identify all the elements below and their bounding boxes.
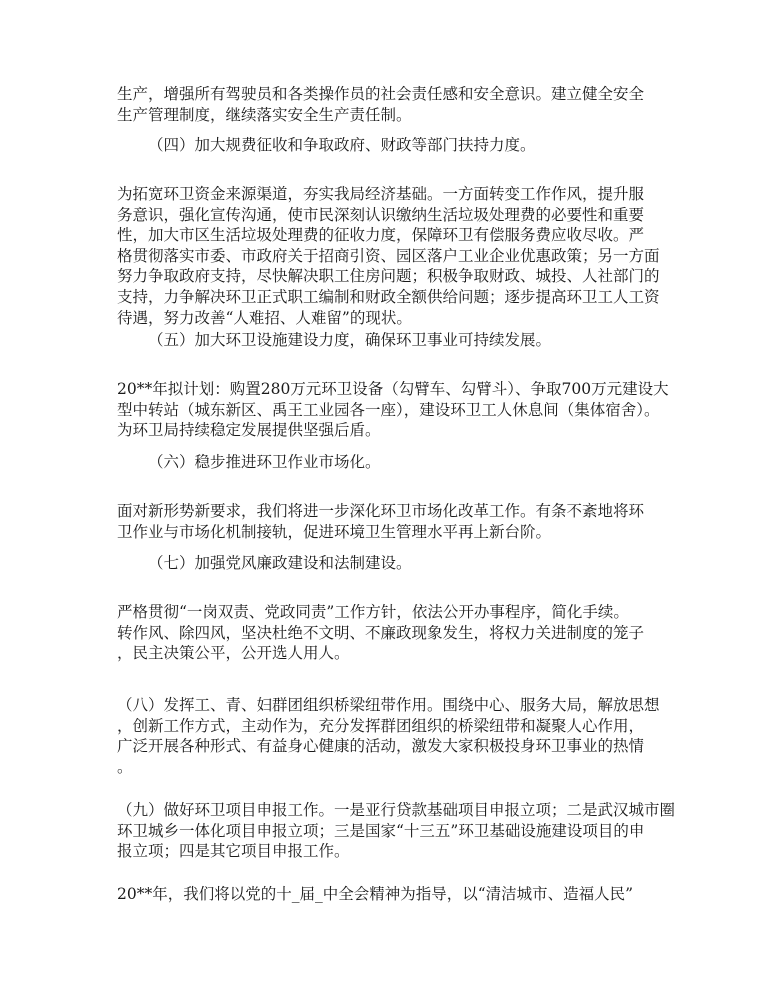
text-line: ，民主决策公平，公开选人用人。 <box>117 643 647 664</box>
text-line: 面对新形势新要求，我们将进一步深化环卫市场化改革工作。有条不紊地将环 <box>117 501 647 522</box>
paragraph-section-8: （八）发挥工、青、妇群团组织桥梁纽带作用。围绕中心、服务大局，解放思想 ，创新工… <box>117 695 647 777</box>
text-line: ，创新工作方式，主动作为，充分发挥群团组织的桥梁纽带和凝聚人心作用， <box>117 716 647 737</box>
section-heading-6: （六）稳步推进环卫作业市场化。 <box>117 452 678 473</box>
section-heading-5: （五）加大环卫设施建设力度，确保环卫事业可持续发展。 <box>117 330 678 351</box>
paragraph-funding: 为拓宽环卫资金来源渠道，夯实我局经济基础。一方面转变工作作风，提升服 务意识，强… <box>117 184 647 328</box>
text-line: 生产管理制度，继续落实安全生产责任制。 <box>117 105 647 126</box>
text-line: 生产，增强所有驾驶员和各类操作员的社会责任感和安全意识。建立健全安全 <box>117 84 647 105</box>
text-line: 为环卫局持续稳定发展提供坚强后盾。 <box>117 420 647 441</box>
text-line: 待遇，努力改善“人难招、人难留”的现状。 <box>117 308 647 329</box>
heading-text: （四）加大规费征收和争取政府、财政等部门扶持力度。 <box>148 135 678 156</box>
text-line: 格贯彻落实市委、市政府关于招商引资、园区落户工业企业优惠政策；另一方面 <box>117 246 647 267</box>
text-line: 严格贯彻“一岗双责、党政同责”工作方针，依法公开办事程序，简化手续。 <box>117 602 647 623</box>
text-line: 型中转站（城东新区、禹王工业园各一座），建设环卫工人休息间（集体宿舍）。 <box>117 400 647 421</box>
paragraph-marketization: 面对新形势新要求，我们将进一步深化环卫市场化改革工作。有条不紊地将环 卫作业与市… <box>117 501 647 542</box>
section-heading-7: （七）加强党风廉政建设和法制建设。 <box>117 553 678 574</box>
text-line: 性，加大市区生活垃圾处理费的征收力度，保障环卫有偿服务费应收尽收。严 <box>117 225 647 246</box>
heading-text: （五）加大环卫设施建设力度，确保环卫事业可持续发展。 <box>148 330 678 351</box>
section-heading-4: （四）加大规费征收和争取政府、财政等部门扶持力度。 <box>117 135 678 156</box>
paragraph-section-9: （九）做好环卫项目申报工作。一是亚行贷款基础项目申报立项；二是武汉城市圈 环卫城… <box>117 800 647 862</box>
paragraph-integrity: 严格贯彻“一岗双责、党政同责”工作方针，依法公开办事程序，简化手续。 转作风、除… <box>117 602 647 664</box>
text-line: （八）发挥工、青、妇群团组织桥梁纽带作用。围绕中心、服务大局，解放思想 <box>117 695 647 716</box>
text-line: 为拓宽环卫资金来源渠道，夯实我局经济基础。一方面转变工作作风，提升服 <box>117 184 647 205</box>
text-line: 20**年拟计划：购置280万元环卫设备（勾臂车、勾臂斗）、争取700万元建设大 <box>117 379 647 400</box>
text-line: 广泛开展各种形式、有益身心健康的活动，激发大家积极投身环卫事业的热情 <box>117 736 647 757</box>
heading-text: （六）稳步推进环卫作业市场化。 <box>148 452 678 473</box>
text-line: （九）做好环卫项目申报工作。一是亚行贷款基础项目申报立项；二是武汉城市圈 <box>117 800 647 821</box>
text-line: 努力争取政府支持，尽快解决职工住房问题；积极争取财政、城投、人社部门的 <box>117 266 647 287</box>
text-line: 。 <box>117 757 647 778</box>
text-line: 20**年，我们将以党的十_届_中全会精神为指导，以“清洁城市、造福人民” <box>117 884 647 905</box>
text-line: 环卫城乡一体化项目申报立项；三是国家“十三五”环卫基础设施建设项目的申 <box>117 821 647 842</box>
text-line: 支持，力争解决环卫正式职工编制和财政全额供给问题；逐步提高环卫工人工资 <box>117 287 647 308</box>
text-line: 务意识，强化宣传沟通，使市民深刻认识缴纳生活垃圾处理费的必要性和重要 <box>117 205 647 226</box>
text-line: 报立项；四是其它项目申报工作。 <box>117 841 647 862</box>
paragraph-facility-plan: 20**年拟计划：购置280万元环卫设备（勾臂车、勾臂斗）、争取700万元建设大… <box>117 379 647 441</box>
heading-text: （七）加强党风廉政建设和法制建设。 <box>148 553 678 574</box>
text-line: 转作风、除四风，坚决杜绝不文明、不廉政现象发生，将权力关进制度的笼子 <box>117 623 647 644</box>
paragraph-closing: 20**年，我们将以党的十_届_中全会精神为指导，以“清洁城市、造福人民” <box>117 884 647 905</box>
text-line: 卫作业与市场化机制接轨，促进环境卫生管理水平再上新台阶。 <box>117 522 647 543</box>
paragraph-safety-production: 生产，增强所有驾驶员和各类操作员的社会责任感和安全意识。建立健全安全 生产管理制… <box>117 84 647 125</box>
